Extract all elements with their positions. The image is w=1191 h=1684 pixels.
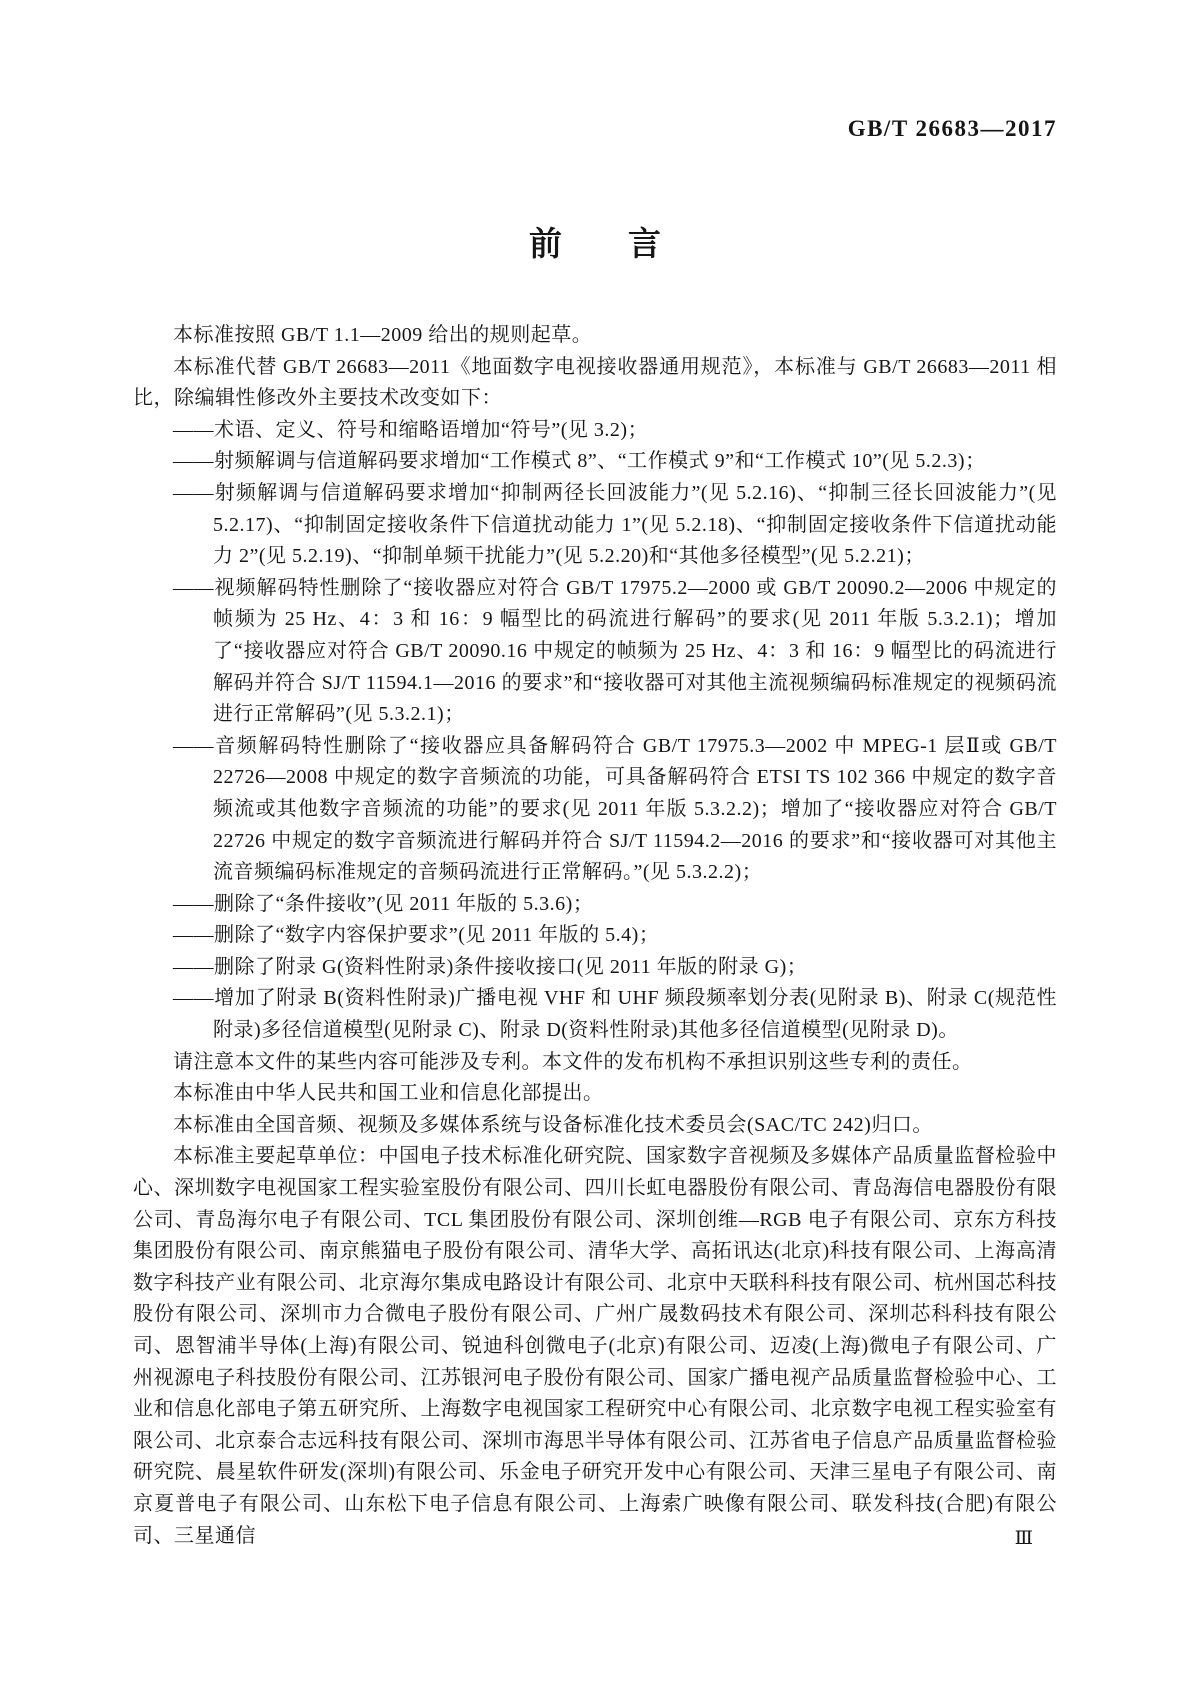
change-list-item: ——音频解码特性删除了“接收器应具备解码符合 GB/T 17975.3—2002… — [133, 731, 1057, 889]
foreword-body: 本标准按照 GB/T 1.1—2009 给出的规则起草。本标准代替 GB/T 2… — [133, 320, 1057, 1552]
paragraph: 本标准由中华人民共和国工业和信息化部提出。 — [133, 1078, 1057, 1110]
paragraph: 本标准主要起草单位：中国电子技术标准化研究院、国家数字音视频及多媒体产品质量监督… — [133, 1141, 1057, 1552]
paragraph: 本标准由全国音频、视频及多媒体系统与设备标准化技术委员会(SAC/TC 242)… — [133, 1110, 1057, 1142]
change-list-item: ——删除了“条件接收”(见 2011 年版的 5.3.6)； — [133, 889, 1057, 921]
change-list-item: ——增加了附录 B(资料性附录)广播电视 VHF 和 UHF 频段频率划分表(见… — [133, 983, 1057, 1046]
change-list-item: ——删除了附录 G(资料性附录)条件接收接口(见 2011 年版的附录 G)； — [133, 952, 1057, 984]
change-list-item: ——删除了“数字内容保护要求”(见 2011 年版的 5.4)； — [133, 920, 1057, 952]
change-list-item: ——术语、定义、符号和缩略语增加“符号”(见 3.2)； — [133, 415, 1057, 447]
standard-code-header: GB/T 26683—2017 — [848, 116, 1057, 142]
page-number: Ⅲ — [1015, 1527, 1033, 1550]
document-page: GB/T 26683—2017 前 言 本标准按照 GB/T 1.1—2009 … — [0, 0, 1191, 1684]
change-list-item: ——视频解码特性删除了“接收器应对符合 GB/T 17975.2—2000 或 … — [133, 573, 1057, 731]
page-title: 前 言 — [133, 218, 1057, 265]
change-list-item: ——射频解调与信道解码要求增加“抑制两径长回波能力”(见 5.2.16)、“抑制… — [133, 478, 1057, 573]
paragraph: 本标准代替 GB/T 26683—2011《地面数字电视接收器通用规范》，本标准… — [133, 352, 1057, 415]
change-list-item: ——射频解调与信道解码要求增加“工作模式 8”、“工作模式 9”和“工作模式 1… — [133, 446, 1057, 478]
paragraph: 本标准按照 GB/T 1.1—2009 给出的规则起草。 — [133, 320, 1057, 352]
paragraph: 请注意本文件的某些内容可能涉及专利。本文件的发布机构不承担识别这些专利的责任。 — [133, 1047, 1057, 1079]
